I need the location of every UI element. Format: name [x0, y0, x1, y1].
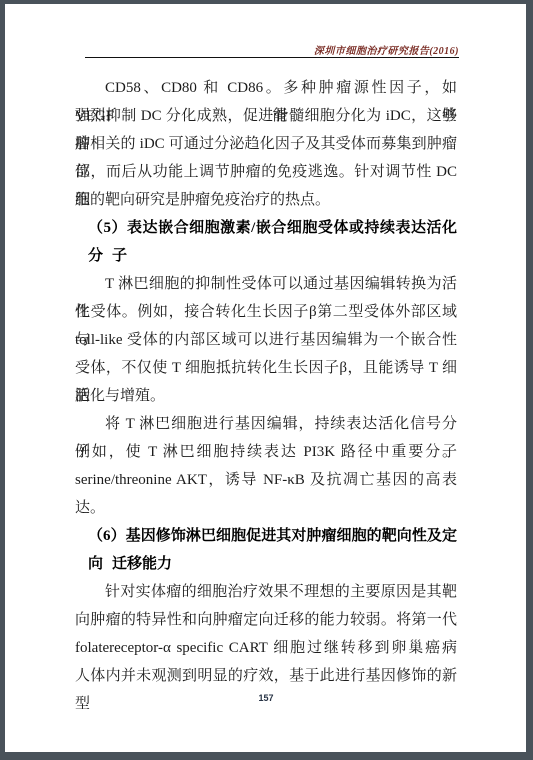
section-heading-5-cont: 子 [75, 242, 457, 270]
body-line: toll-like 受体的内部区域可以进行基因编辑为一个嵌合性 [75, 326, 457, 354]
body-line: serine/threonine AKT，诱导 NF-κB 及抗凋亡基因的高表 [75, 466, 457, 494]
body-line: 将 T 淋巴细胞进行基因编辑，持续表达活化信号分子。 [75, 410, 457, 438]
body-line: 胞的靶向研究是肿瘤免疫治疗的热点。 [75, 186, 457, 214]
body-line: 瘤相关的 iDC 可通过分泌趋化因子及其受体而募集到肿瘤部 [75, 130, 457, 158]
page-frame: 深圳市细胞治疗研究报告(2016) CD58、CD80 和 CD86。多种肿瘤源… [0, 0, 533, 760]
body-line: folatereceptor-α specific CART 细胞过继转移到卵巢… [75, 634, 457, 662]
body-line: 活化与增殖。 [75, 382, 457, 410]
document-body: CD58、CD80 和 CD86。多种肿瘤源性因子，如 VEGF 能够 强烈抑制… [75, 74, 457, 690]
body-line: 向肿瘤的特异性和向肿瘤定向迁移的能力较弱。将第一代 [75, 606, 457, 634]
section-heading-6: （6）基因修饰淋巴细胞促进其对肿瘤细胞的靶向性及定向 [75, 522, 457, 550]
body-line: T 淋巴细胞的抑制性受体可以通过基因编辑转换为活化 [75, 270, 457, 298]
body-line: 达。 [75, 494, 457, 522]
page-number: 157 [75, 693, 457, 703]
body-line: 例如，使 T 淋巴细胞持续表达 PI3K 路径中重要分子 [75, 438, 457, 466]
body-line: 人体内并未观测到明显的疗效，基于此进行基因修饰的新型 [75, 662, 457, 690]
body-line: 位，而后从功能上调节肿瘤的免疫逃逸。针对调节性 DC 细 [75, 158, 457, 186]
body-line: 受体，不仅使 T 细胞抵抗转化生长因子β，且能诱导 T 细胞 [75, 354, 457, 382]
body-line: 性受体。例如，接合转化生长因子β第二型受体外部区域与 [75, 298, 457, 326]
body-line: CD58、CD80 和 CD86。多种肿瘤源性因子，如 VEGF 能够 [75, 74, 457, 102]
section-heading-6-cont: 迁移能力 [75, 550, 457, 578]
body-line: 针对实体瘤的细胞治疗效果不理想的主要原因是其靶 [75, 578, 457, 606]
body-line: 强烈抑制 DC 分化成熟，促进骨髓细胞分化为 iDC，这些肿 [75, 102, 457, 130]
document-page: 深圳市细胞治疗研究报告(2016) CD58、CD80 和 CD86。多种肿瘤源… [5, 4, 526, 752]
header-rule-divider [85, 57, 459, 58]
report-header-title: 深圳市细胞治疗研究报告(2016) [314, 42, 459, 57]
section-heading-5: （5）表达嵌合细胞激素/嵌合细胞受体或持续表达活化分 [75, 214, 457, 242]
